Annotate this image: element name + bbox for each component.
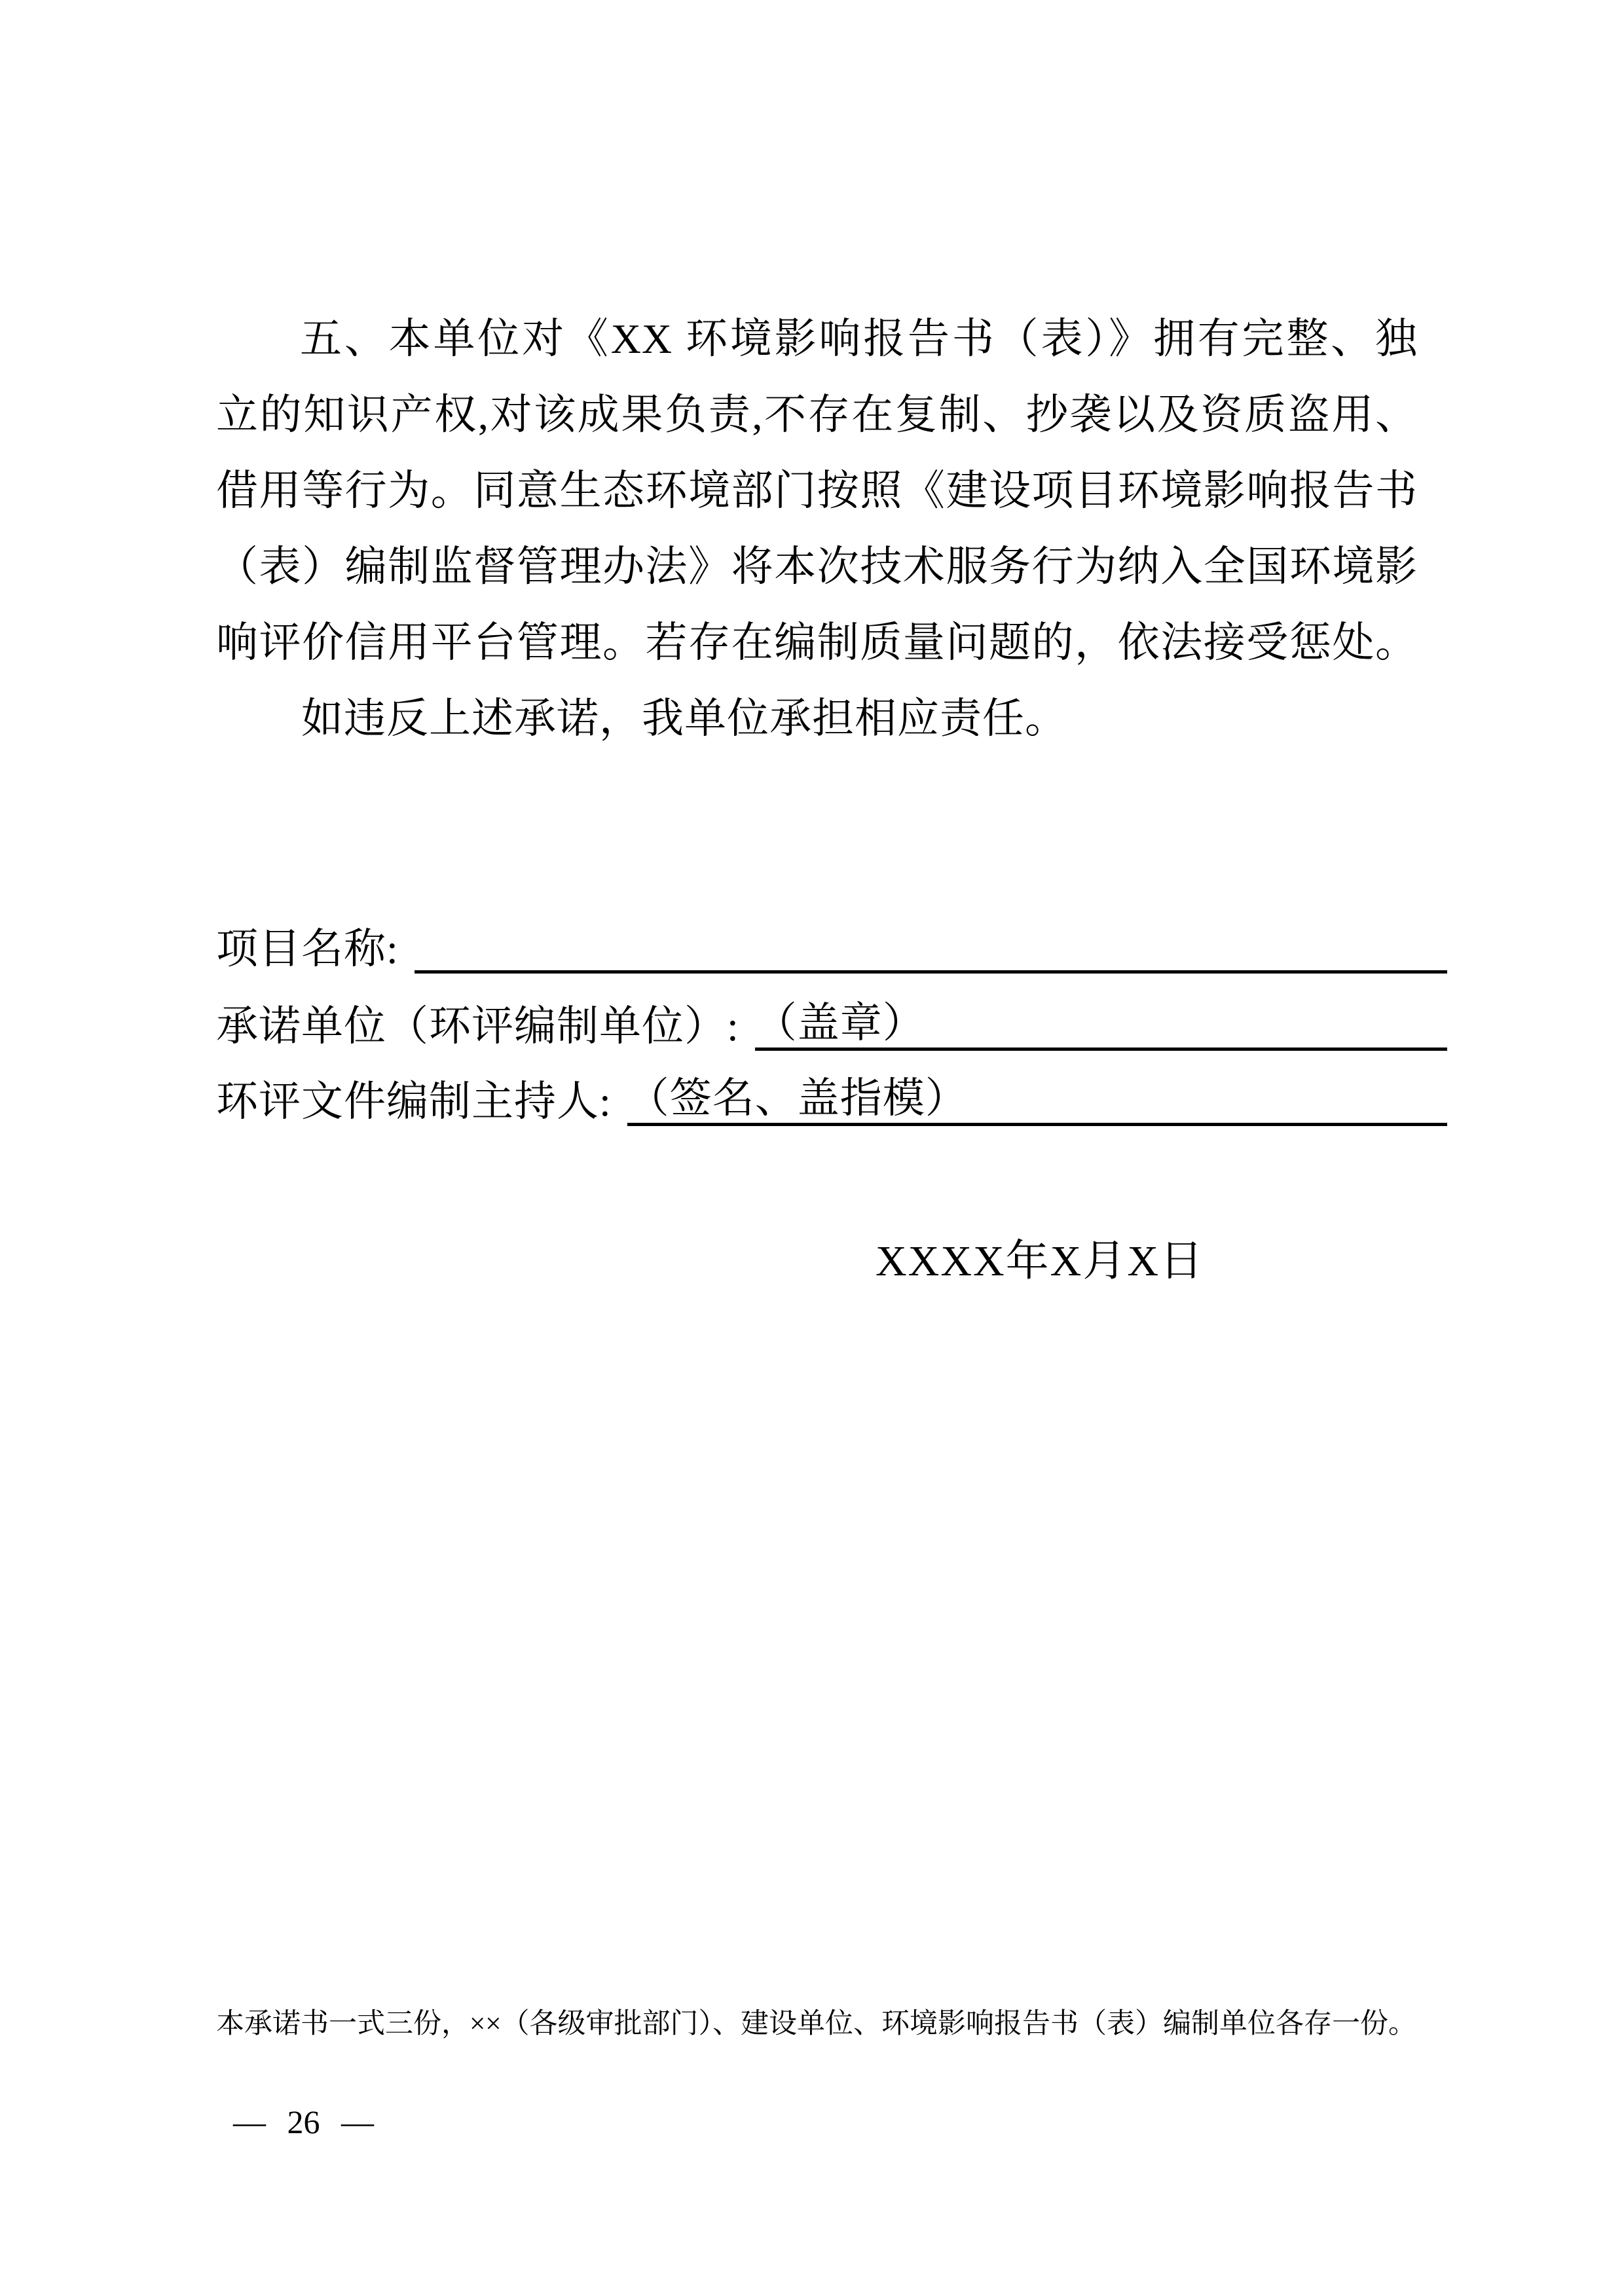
page-number: — 26 — bbox=[233, 2103, 374, 2141]
promise-unit-row: 承诺单位（环评编制单位）: （盖章） bbox=[216, 1002, 1447, 1051]
eia-host-row: 环评文件编制主持人: （签名、盖指模） bbox=[216, 1078, 1447, 1126]
paragraph-line: 借用等行为。同意生态环境部门按照《建设项目环境影响报告书 bbox=[216, 453, 1418, 529]
eia-host-label: 环评文件编制主持人: bbox=[216, 1078, 612, 1126]
project-name-label: 项目名称: bbox=[216, 925, 399, 974]
paragraph-line: 响评价信用平台管理。若存在编制质量问题的，依法接受惩处。 bbox=[216, 605, 1418, 681]
stamp-hint: （盖章） bbox=[755, 1000, 925, 1046]
paragraph-line: 五、本单位对《XX 环境影响报告书（表）》拥有完整、独 bbox=[216, 301, 1418, 377]
promise-unit-label: 承诺单位（环评编制单位）: bbox=[216, 1002, 739, 1051]
promise-unit-blank: （盖章） bbox=[755, 999, 1447, 1051]
eia-host-blank: （签名、盖指模） bbox=[627, 1074, 1447, 1126]
document-page: 五、本单位对《XX 环境影响报告书（表）》拥有完整、独 立的知识产权,对该成果负… bbox=[0, 0, 1624, 2296]
paragraph-line: （表）编制监督管理办法》将本次技术服务行为纳入全国环境影 bbox=[216, 529, 1418, 605]
signature-hint: （签名、盖指模） bbox=[627, 1075, 968, 1121]
closing-line: 如违反上述承诺，我单位承担相应责任。 bbox=[216, 681, 1418, 757]
project-name-blank bbox=[415, 970, 1447, 974]
footnote: 本承诺书一式三份，××（各级审批部门）、建设单位、环境影响报告书（表）编制单位各… bbox=[216, 2007, 1467, 2041]
project-name-row: 项目名称: bbox=[216, 925, 1447, 974]
commitment-paragraph: 五、本单位对《XX 环境影响报告书（表）》拥有完整、独 立的知识产权,对该成果负… bbox=[216, 301, 1418, 757]
paragraph-line: 立的知识产权,对该成果负责,不存在复制、抄袭以及资质盗用、 bbox=[216, 377, 1418, 453]
date-line: XXXX年X月X日 bbox=[876, 1226, 1204, 1288]
